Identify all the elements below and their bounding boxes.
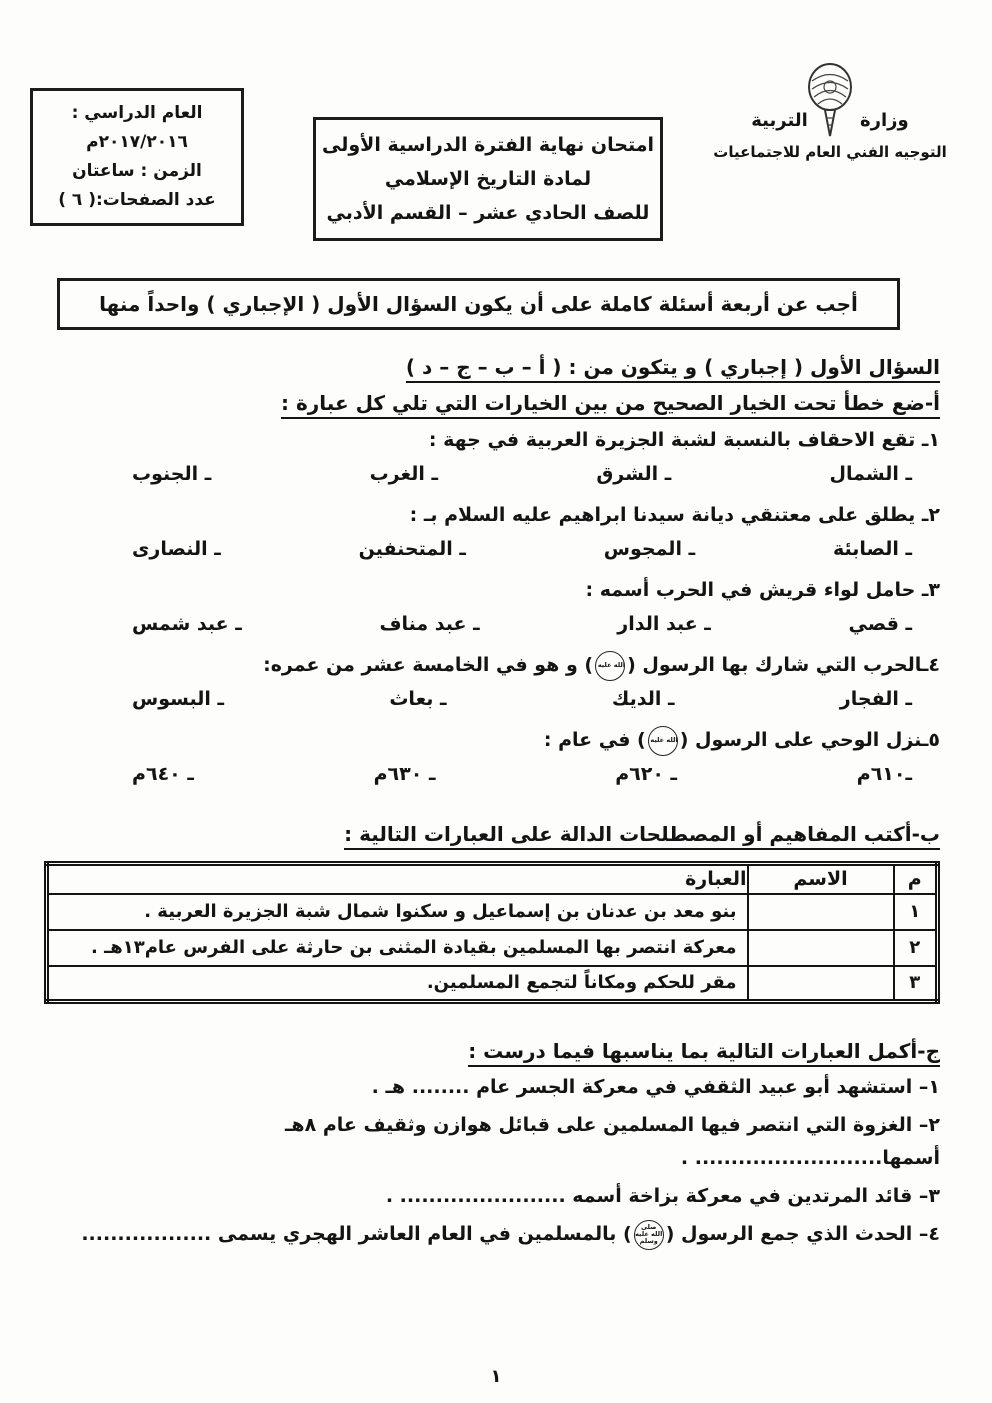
exam-subject-line: لمادة التاريخ الإسلامي — [322, 162, 654, 196]
name-answer-cell — [748, 894, 894, 930]
name-answer-cell — [748, 930, 894, 966]
question-3-options: ـ قصي ـ عبد الدار ـ عبد مناف ـ عبد شمس — [44, 606, 940, 643]
terms-table: م الاسم العبارة ١ بنو معد بن عدنان بن إس… — [44, 861, 940, 1004]
question-5: ٥ـنزل الوحي على الرسول (صلى الله عليه وس… — [44, 725, 940, 756]
instruction-box: أجب عن أربعة أسئلة كاملة على أن يكون الس… — [57, 278, 900, 330]
row-number: ٢ — [894, 930, 938, 966]
option: ـ ٦٤٠م — [132, 759, 194, 789]
exam-title-box: امتحان نهاية الفترة الدراسية الأولى لماد… — [313, 117, 663, 241]
section-a-title: السؤال الأول ( إجباري ) و يتكون من : ( أ… — [44, 352, 940, 382]
completion-item-2: ٢– الغزوة التي انتصر فيها المسلمين على ق… — [44, 1109, 940, 1175]
phrase-cell: بنو معد بن عدنان بن إسماعيل و سكنوا شمال… — [47, 894, 748, 930]
option: ـ بعاث — [389, 684, 446, 714]
section-b-title: ب-أكتب المفاهيم أو المصطلحات الدالة على … — [44, 819, 940, 849]
exam-page: العام الدراسي : ٢٠١٧/٢٠١٦م الزمن : ساعتا… — [0, 0, 992, 1403]
instruction-text: أجب عن أربعة أسئلة كاملة على أن يكون الس… — [99, 292, 858, 316]
table-header-row: م الاسم العبارة — [47, 864, 938, 894]
option: ـ قصي — [849, 609, 913, 639]
completion-item-1: ١– استشهد أبو عبيد الثقفي في معركة الجسر… — [44, 1071, 940, 1104]
question-4-options: ـ الفجار ـ الديك ـ بعاث ـ البسوس — [44, 681, 940, 718]
option: ـ المجوس — [604, 534, 695, 564]
option: ـ النصارى — [132, 534, 221, 564]
academic-year-label: العام الدراسي : — [37, 99, 237, 128]
option: ـ المتحنفين — [359, 534, 466, 564]
option: ـ عبد الدار — [617, 609, 711, 639]
question-5-options: ـ٦١٠م ـ ٦٢٠م ـ ٦٣٠م ـ ٦٤٠م — [44, 756, 940, 793]
option: ـ الجنوب — [132, 459, 211, 489]
option: ـ الصابئة — [833, 534, 912, 564]
option: ـ الشمال — [830, 459, 912, 489]
table-row: ٣ مقر للحكم ومكاناً لتجمع المسلمين. — [47, 966, 938, 1002]
prophet-pbuh-stamp: صلى الله عليه وسلم — [595, 651, 625, 681]
section-a-subtitle: أ-ضع خطأ تحت الخيار الصحيح من بين الخيار… — [44, 388, 940, 418]
table-row: ٢ معركة انتصر بها المسلمين بقيادة المثنى… — [47, 930, 938, 966]
ministry-block: وزارة التربية التوجيه الفني العام للاجتم… — [690, 60, 970, 161]
question-2: ٢ـ يطلق على معتنقي ديانة سيدنا ابراهيم ع… — [44, 500, 940, 531]
option: ـ عبد شمس — [132, 609, 242, 639]
name-answer-cell — [748, 966, 894, 1002]
page-number: ١ — [0, 1366, 992, 1387]
technical-guidance-label: التوجيه الفني العام للاجتماعيات — [690, 143, 970, 161]
option: ـ ٦٢٠م — [615, 759, 677, 789]
col-header-phrase: العبارة — [47, 864, 748, 894]
ministry-name: وزارة التربية — [690, 110, 970, 131]
completion-item-4: ٤– الحدث الذي جمع الرسول (صلى الله عليه … — [44, 1218, 940, 1251]
phrase-cell: مقر للحكم ومكاناً لتجمع المسلمين. — [47, 966, 748, 1002]
option: ـ الغرب — [370, 459, 438, 489]
page-count: عدد الصفحات:( ٦ ) — [37, 186, 237, 215]
question-1: ١ـ تقع الاحقاف بالنسبة لشبة الجزيرة العر… — [44, 425, 940, 456]
option: ـ عبد مناف — [379, 609, 479, 639]
prophet-pbuh-stamp: صلى الله عليه وسلم — [634, 1220, 664, 1250]
completion-item-3: ٣– قائد المرتدين في معركة بزاخة أسمه ...… — [44, 1180, 940, 1213]
ministry-emblem-icon — [802, 60, 858, 156]
option: ـ٦١٠م — [857, 759, 912, 789]
col-header-num: م — [894, 864, 938, 894]
exam-grade-line: للصف الحادي عشر – القسم الأدبي — [322, 196, 654, 230]
option: ـ البسوس — [132, 684, 224, 714]
option: ـ الشرق — [596, 459, 671, 489]
exam-title-line: امتحان نهاية الفترة الدراسية الأولى — [322, 128, 654, 162]
question-1-options: ـ الشمال ـ الشرق ـ الغرب ـ الجنوب — [44, 456, 940, 493]
section-c-title: ج-أكمل العبارات التالية بما يناسبها فيما… — [44, 1036, 940, 1066]
option: ـ الفجار — [840, 684, 912, 714]
row-number: ٣ — [894, 966, 938, 1002]
option: ـ الديك — [612, 684, 675, 714]
exam-body: السؤال الأول ( إجباري ) و يتكون من : ( أ… — [0, 352, 992, 1251]
prophet-pbuh-stamp: صلى الله عليه وسلم — [648, 726, 678, 756]
question-4: ٤ـالحرب التي شارك بها الرسول (صلى الله ع… — [44, 650, 940, 681]
question-3: ٣ـ حامل لواء قريش في الحرب أسمه : — [44, 575, 940, 606]
col-header-name: الاسم — [748, 864, 894, 894]
exam-info-box: العام الدراسي : ٢٠١٧/٢٠١٦م الزمن : ساعتا… — [30, 88, 244, 226]
exam-duration: الزمن : ساعتان — [37, 157, 237, 186]
phrase-cell: معركة انتصر بها المسلمين بقيادة المثنى ب… — [47, 930, 748, 966]
academic-year-value: ٢٠١٧/٢٠١٦م — [37, 128, 237, 157]
question-2-options: ـ الصابئة ـ المجوس ـ المتحنفين ـ النصارى — [44, 531, 940, 568]
table-row: ١ بنو معد بن عدنان بن إسماعيل و سكنوا شم… — [47, 894, 938, 930]
option: ـ ٦٣٠م — [374, 759, 436, 789]
row-number: ١ — [894, 894, 938, 930]
